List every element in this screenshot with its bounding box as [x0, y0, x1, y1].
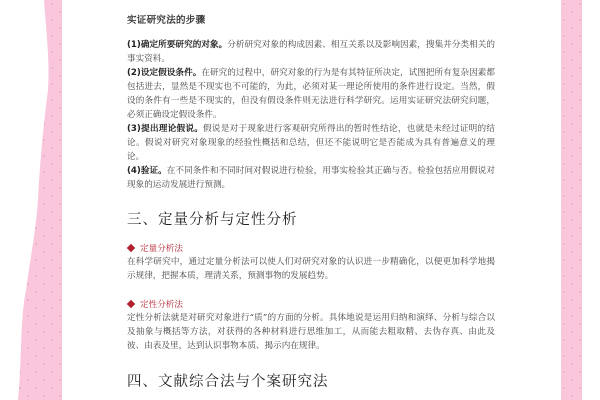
right-border — [561, 0, 582, 400]
section-4-title: 四、文献综合法与个案研究法 — [127, 370, 329, 391]
diamond-bullet-icon — [127, 244, 135, 252]
subsection-heading-text: 定性分析法 — [140, 298, 183, 310]
step-4-text: 在不同条件和不同时间对假说进行检验，用事实检验其正确与否。检验包括应用假说对现象… — [127, 166, 495, 190]
step-2-lead: (2)设定假设条件。 — [127, 68, 201, 78]
subsection-quantitative-heading: 定量分析法 — [127, 242, 183, 254]
steps-title: 实证研究法的步骤 — [127, 12, 205, 26]
step-1: (1)确定所要研究的对象。分析研究对象的构成因素、相互关系以及影响因素，搜集并分… — [127, 38, 495, 66]
section-3-title: 三、定量分析与定性分析 — [127, 208, 298, 229]
article-content: 实证研究法的步骤 (1)确定所要研究的对象。分析研究对象的构成因素、相互关系以及… — [127, 0, 497, 400]
step-2: (2)设定假设条件。在研究的过程中，研究对象的行为是有其特征所决定，试图把所有复… — [127, 66, 495, 122]
step-4: (4)验证。在不同条件和不同时间对假说进行检验，用事实检验其正确与否。检验包括应… — [127, 164, 495, 192]
subsection-quantitative-text: 在科学研究中，通过定量分析法可以使人们对研究对象的认识进一步精确化，以便更加科学… — [127, 255, 495, 283]
subsection-qualitative-heading: 定性分析法 — [127, 298, 183, 310]
step-1-lead: (1)确定所要研究的对象。 — [127, 40, 227, 50]
left-wavy-border — [18, 0, 62, 400]
step-4-lead: (4)验证。 — [127, 166, 167, 176]
subsection-qualitative-text: 定性分析法就是对研究对象进行“质”的方面的分析。具体地说是运用归纳和演绎、分析与… — [127, 311, 495, 353]
diamond-bullet-icon — [127, 300, 135, 308]
subsection-heading-text: 定量分析法 — [140, 242, 183, 254]
step-3: (3)提出理论假说。假说是对于现象进行客观研究所得出的暂时性结论，也就是未经过证… — [127, 122, 495, 164]
step-3-lead: (3)提出理论假说。 — [127, 124, 203, 134]
